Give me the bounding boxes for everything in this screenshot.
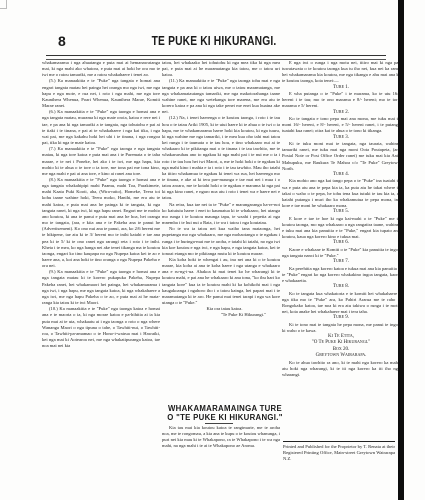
section-body: Kia tau mai kia koutou katoa te rangimar… xyxy=(162,425,280,450)
term-text: Kia mohio ano nga kai tango pepa o te "P… xyxy=(282,178,400,209)
newspaper-page: 8 TE PUKE KI HIKURANGI. whakamarama i ng… xyxy=(0,0,425,500)
term-text: Ki te tuku moni mai te tangata, nga taur… xyxy=(282,141,400,172)
paragraph: (8.) Ka manaakitia e te "Puke" nga taong… xyxy=(42,177,160,269)
masthead-title: TE PUKE KI HIKURANGI. xyxy=(75,34,354,48)
term-text: Ko te tangata kua whakatoria e te komiti… xyxy=(282,291,400,316)
imprint: Printed and Published for the Proprietor… xyxy=(283,444,395,462)
section-heading: WHAKAMARAMAINGA TURE O "TE PUKE KI HIKUR… xyxy=(155,405,295,422)
paragraph: Kia tau mai kia koutou katoa te rangimar… xyxy=(162,425,280,450)
term-text: Ki te tono mai te tangata he pepa mona, … xyxy=(282,322,400,334)
paragraph: (6.) Ka manaakitia e te "Puke" nga taong… xyxy=(42,109,160,146)
paragraph: No te wa ia tatou nei kua waiho tana mat… xyxy=(162,226,280,257)
paragraph: (7.) Ka manaakitia e te "Puke" nga taong… xyxy=(42,146,160,177)
paragraph: (5.) Ka manaakitia e te "Puke" nga tanga… xyxy=(42,78,160,109)
page-number: 8 xyxy=(58,33,66,49)
term-text: Kaore e whakaae te Komiti o te "Puke" ki… xyxy=(282,247,400,259)
section-rule xyxy=(205,423,233,424)
page-header: 8 TE PUKE KI HIKURANGI. xyxy=(44,36,384,52)
term-text: Ka perehitia nga korero katoa e tukua ma… xyxy=(282,266,400,284)
paragraph: (11.) Ka manaakitia e te "Puke" nga taon… xyxy=(162,78,280,115)
paragraph: (10.) Ka manaakitia e te "Puke" nga taon… xyxy=(42,306,160,349)
term-text: E kore e tae te hoe ki nga kai-mahi o te… xyxy=(282,216,400,241)
paragraph: (9.) Ka manaakitia e te "Puke" nga taong… xyxy=(42,269,160,306)
column-2: tatou, hei whakaako hei tohutohu ki nga … xyxy=(162,60,280,405)
paragraph: Na reira, kua tae nei ta te "Puke" e mar… xyxy=(162,202,280,227)
signature: "Te Puke Ki Hikurangi." xyxy=(162,312,280,318)
paragraph: E nga iwi o runga i nga motu nei, titiro… xyxy=(282,60,400,85)
page-edge-border xyxy=(398,0,404,500)
term-text: Ko te tangata e tono pepa mai ana mona, … xyxy=(282,116,400,134)
paragraph: (12.) Na, i tenei haerenga o te koutou t… xyxy=(162,115,280,201)
paragraph: tatou, hei whakaako hei tohutohu ki nga … xyxy=(162,60,280,78)
closing-note: Ko te ahua tawhito ra ano, ki te mahi ng… xyxy=(282,360,400,378)
paragraph: whakamarama i nga ahuatanga e puta mai a… xyxy=(42,60,160,78)
column-1: whakamarama i nga ahuatanga e puta mai a… xyxy=(42,60,160,465)
paragraph: Kia koha hoki te whengai i au, ina nei a… xyxy=(162,257,280,306)
term-text: E wha putanga o te "Puke" i te marama, k… xyxy=(282,91,400,109)
column-3: E nga iwi o runga i nga motu nei, titiro… xyxy=(282,60,400,435)
section-heading-line-2: O "TE PUKE KI HIKURANGI." xyxy=(155,414,295,423)
imprint-rule xyxy=(283,441,395,443)
scan-corner-mark xyxy=(0,0,7,9)
